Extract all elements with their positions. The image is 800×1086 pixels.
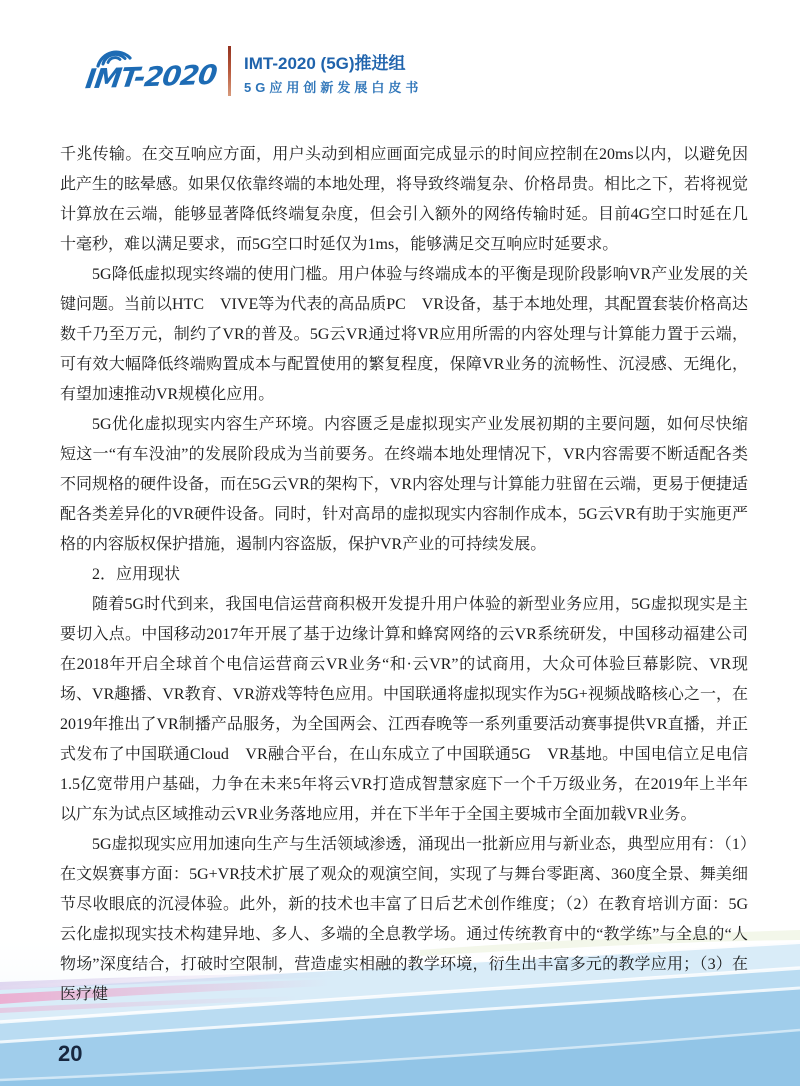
paragraph: 随着5G时代到来，我国电信运营商积极开发提升用户体验的新型业务应用，5G虚拟现实…: [60, 590, 748, 830]
page-number: 20: [58, 1041, 82, 1067]
document-body: 千兆传输。在交互响应方面，用户头动到相应画面完成显示的时间应控制在20ms以内，…: [60, 140, 748, 1010]
section-heading: 2．应用现状: [60, 560, 748, 590]
document-page: IMT-2020 IMT-2020 (5G)推进组 5G应用创新发展白皮书 千兆…: [0, 0, 800, 1086]
paragraph: 5G降低虚拟现实终端的使用门槛。用户体验与终端成本的平衡是现阶段影响VR产业发展…: [60, 260, 748, 410]
doc-subtitle: 5G应用创新发展白皮书: [244, 77, 422, 96]
header-divider: [228, 46, 231, 96]
header-titles: IMT-2020 (5G)推进组 5G应用创新发展白皮书: [244, 49, 422, 96]
paragraph: 5G虚拟现实应用加速向生产与生活领域渗透，涌现出一批新应用与新业态，典型应用有：…: [60, 830, 748, 1010]
imt2020-logo: IMT-2020: [86, 40, 214, 102]
paragraph: 5G优化虚拟现实内容生产环境。内容匮乏是虚拟现实产业发展初期的主要问题，如何尽快…: [60, 410, 748, 560]
page-header: IMT-2020 IMT-2020 (5G)推进组 5G应用创新发展白皮书: [86, 40, 422, 102]
org-title: IMT-2020 (5G)推进组: [244, 49, 422, 74]
logo-wordmark: IMT-2020: [83, 60, 218, 96]
paragraph-continuation: 千兆传输。在交互响应方面，用户头动到相应画面完成显示的时间应控制在20ms以内，…: [60, 140, 748, 260]
